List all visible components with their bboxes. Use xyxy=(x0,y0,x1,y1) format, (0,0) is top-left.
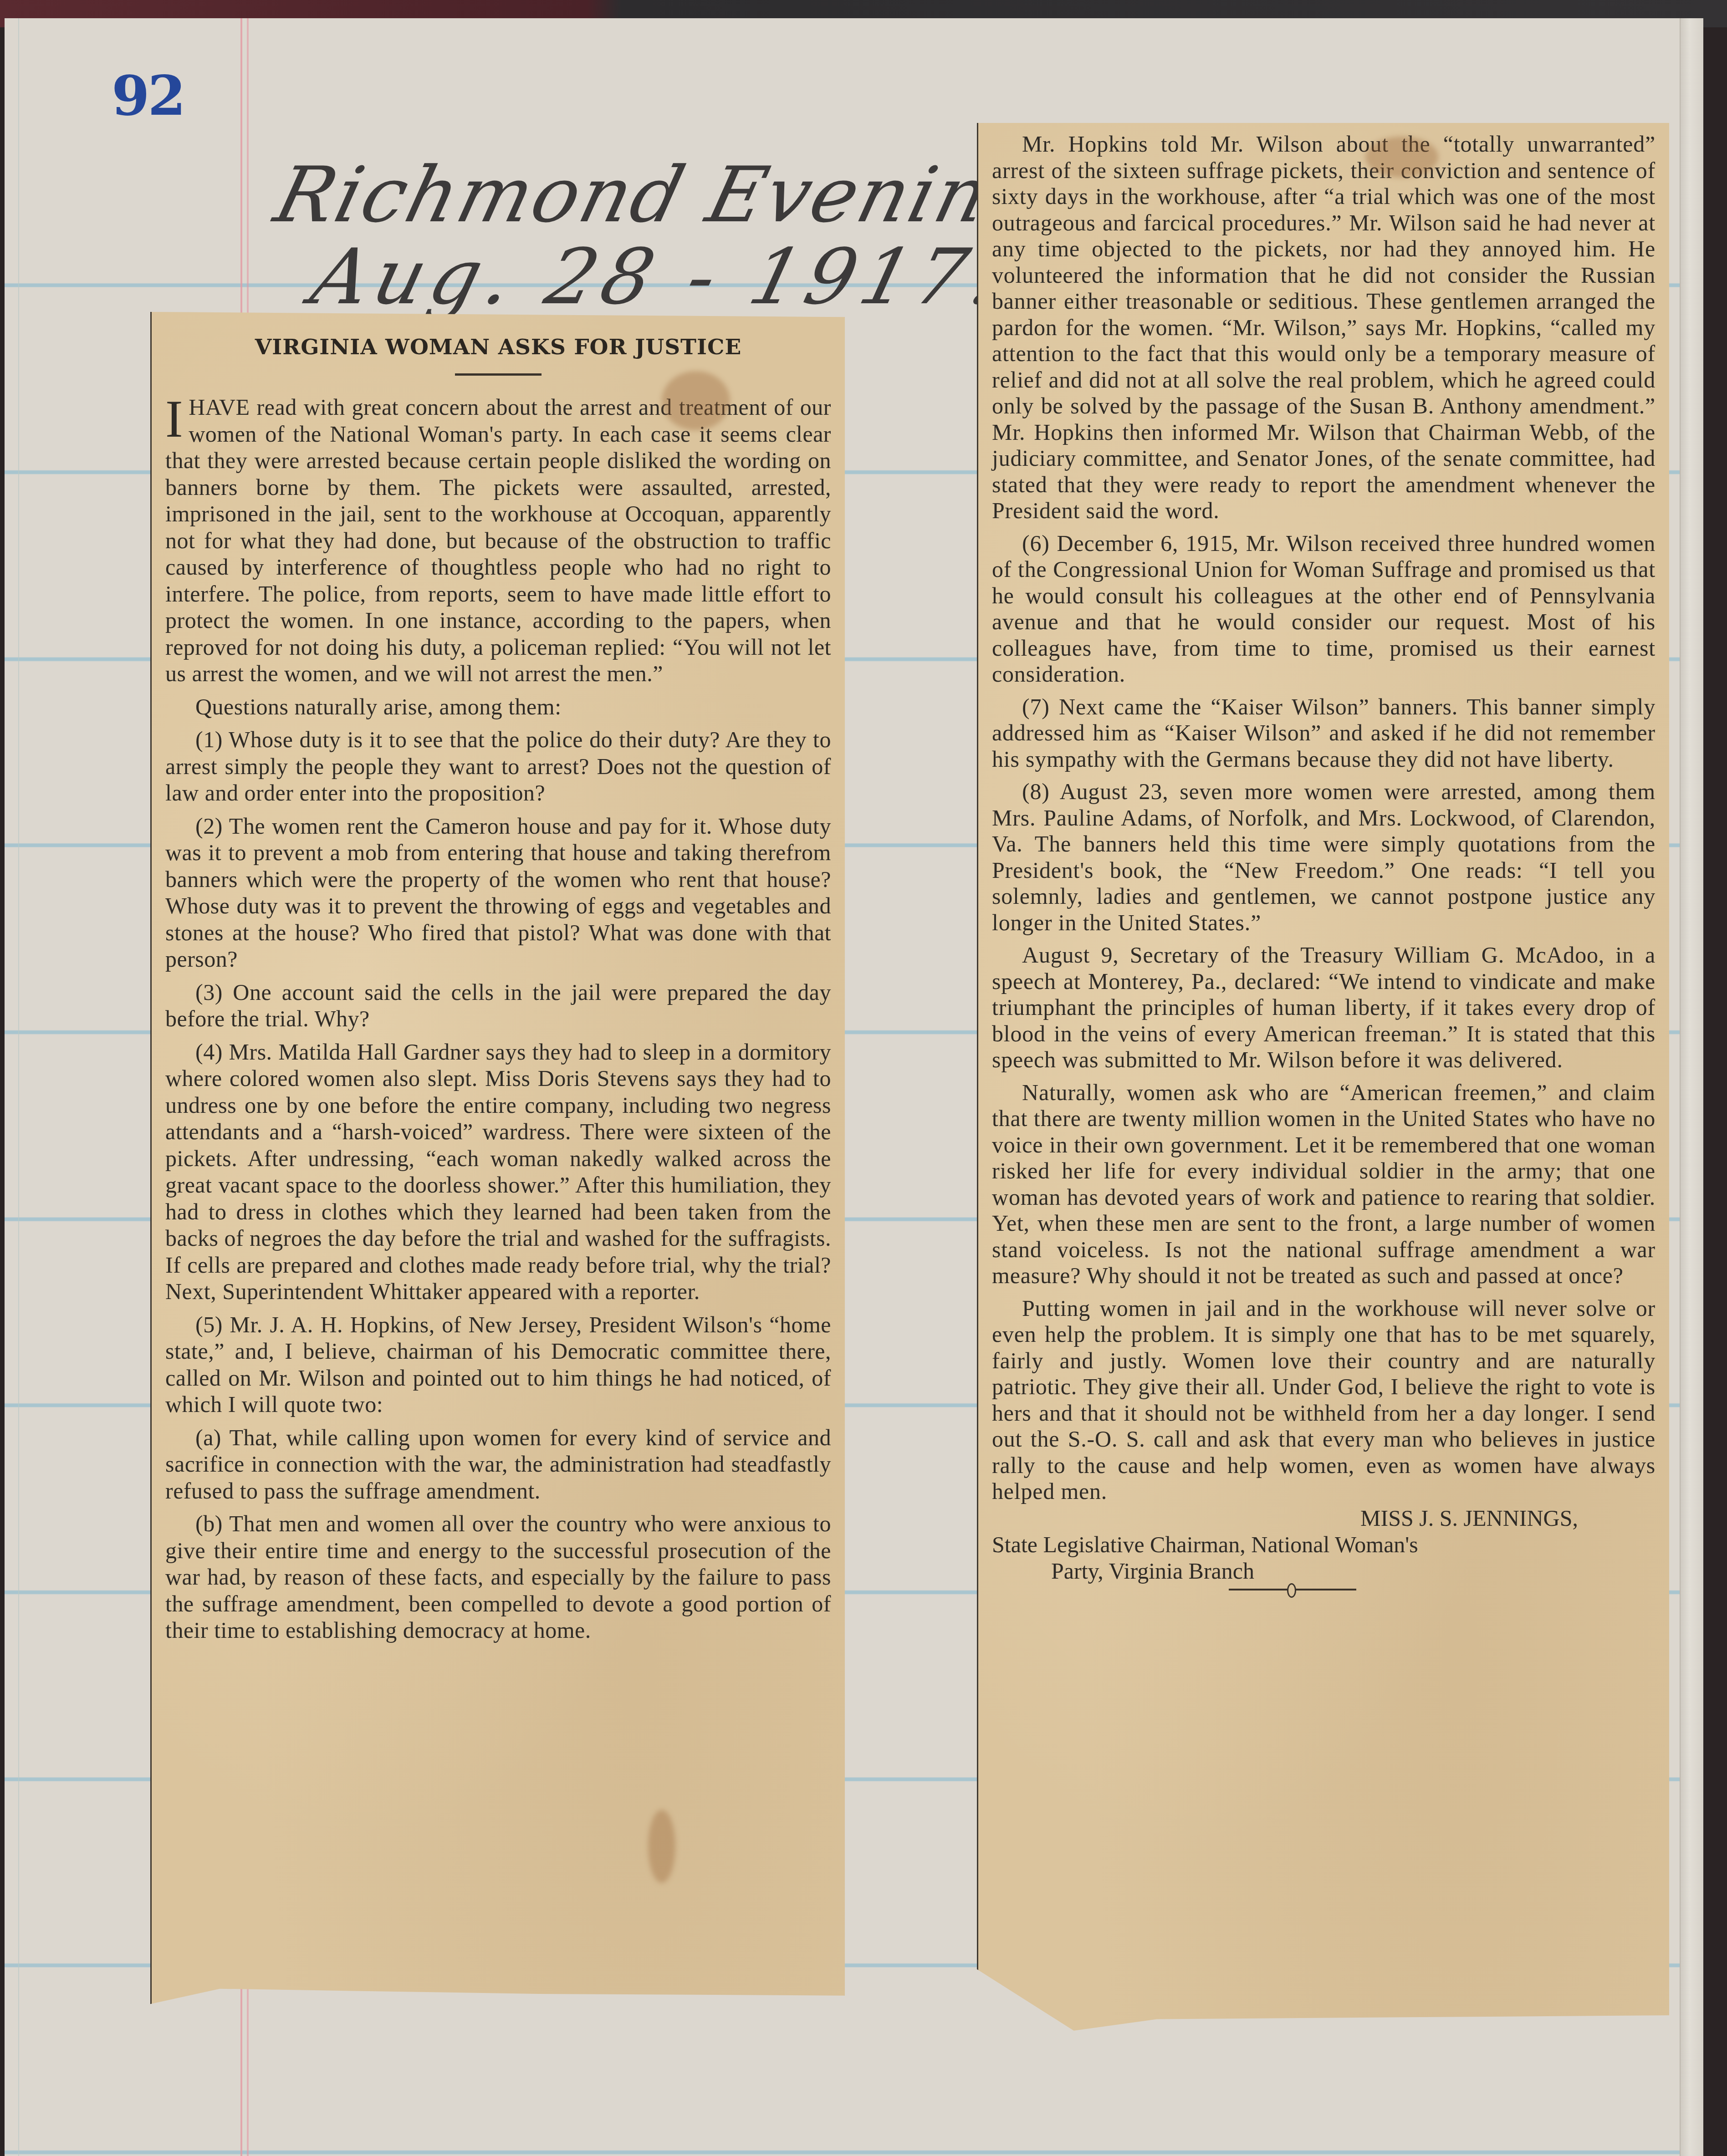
article-paragraph: (5) Mr. J. A. H. Hopkins, of New Jersey,… xyxy=(165,1311,831,1418)
stain xyxy=(662,371,730,430)
article-paragraph: (7) Next came the “Kaiser Wilson” banner… xyxy=(992,694,1655,773)
paragraph-text: HAVE read with great concern about the a… xyxy=(165,394,831,686)
article-paragraph: Naturally, women ask who are “American f… xyxy=(992,1080,1655,1289)
clipping-left-column: VIRGINIA WOMAN ASKS FOR JUSTICE I HAVE r… xyxy=(150,312,845,2013)
stain xyxy=(1365,137,1438,178)
article-paragraph: (3) One account said the cells in the ja… xyxy=(165,979,831,1032)
article-paragraph: (2) The women rent the Cameron house and… xyxy=(165,813,831,973)
handwritten-date: Aug. 28 - 1917. xyxy=(303,232,1014,321)
article-paragraph: (8) August 23, seven more women were arr… xyxy=(992,779,1655,936)
article-paragraph: (6) December 6, 1915, Mr. Wilson receive… xyxy=(992,530,1655,688)
signature-title: State Legislative Chairman, National Wom… xyxy=(992,1531,1655,1558)
article-paragraph: August 9, Secretary of the Treasury Will… xyxy=(992,942,1655,1073)
article-paragraph: (4) Mrs. Matilda Hall Gardner says they … xyxy=(165,1039,831,1305)
headline-rule xyxy=(455,373,542,376)
article-paragraph: Questions naturally arise, among them: xyxy=(165,693,831,720)
left-edge-rule xyxy=(18,18,19,2156)
article-paragraph: (b) That men and women all over the coun… xyxy=(165,1510,831,1644)
end-of-article-rule xyxy=(1229,1589,1356,1590)
article-paragraph: I HAVE read with great concern about the… xyxy=(165,394,831,687)
signature-branch: Party, Virginia Branch xyxy=(992,1558,1655,1584)
signature-name: MISS J. S. JENNINGS, xyxy=(992,1505,1655,1531)
article-paragraph: (a) That, while calling upon women for e… xyxy=(165,1424,831,1504)
clipping-right-column: Mr. Hopkins told Mr. Wilson about the “t… xyxy=(977,123,1669,2042)
article-paragraph: Putting women in jail and in the workhou… xyxy=(992,1295,1655,1505)
drop-cap: I xyxy=(165,396,183,443)
stain xyxy=(648,1810,675,1883)
page-edge xyxy=(1680,18,1703,2156)
article-paragraph: (1) Whose duty is it to see that the pol… xyxy=(165,726,831,806)
article-paragraph: Mr. Hopkins told Mr. Wilson about the “t… xyxy=(992,131,1655,524)
article-headline: VIRGINIA WOMAN ASKS FOR JUSTICE xyxy=(165,335,831,360)
page-number: 92 xyxy=(112,64,184,128)
